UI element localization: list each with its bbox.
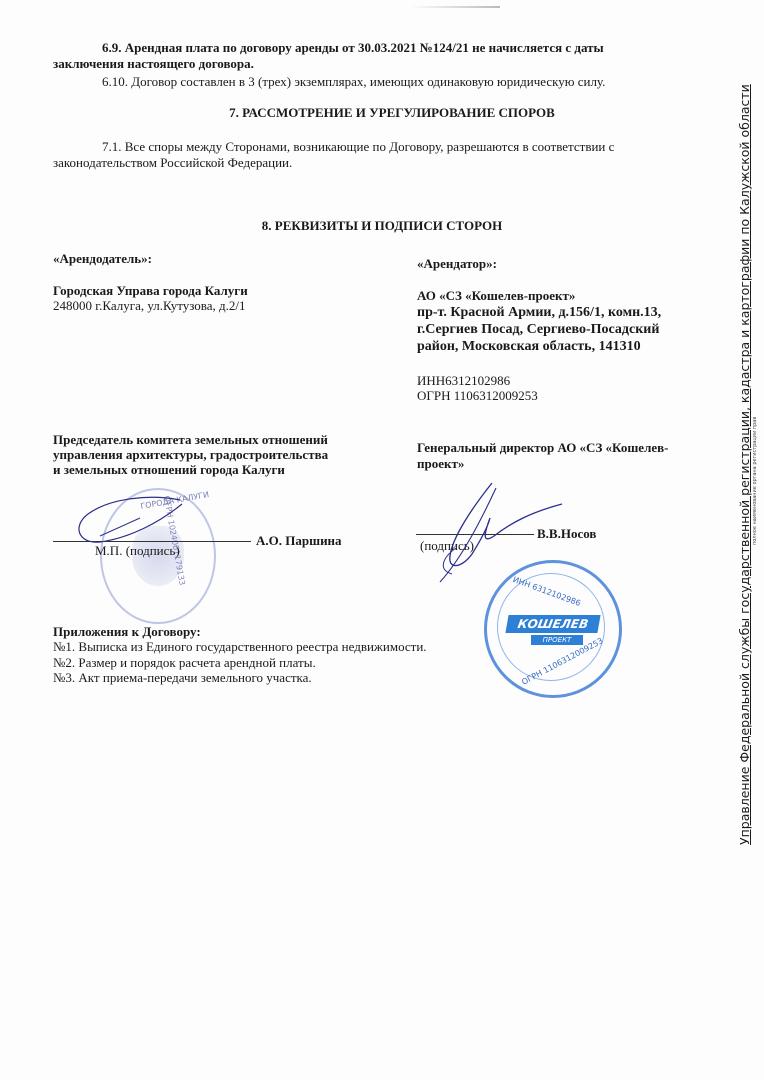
tenant-role: «Арендатор»: <box>417 256 497 271</box>
seal-logo-sub: ПРОЕКТ <box>531 635 583 645</box>
landlord-position-line-3: и земельных отношений города Калуги <box>53 462 285 477</box>
clause-6-10: 6.10. Договор составлен в 3 (трех) экзем… <box>102 74 605 89</box>
seal-inn: ИНН 6312102986 <box>512 575 582 608</box>
landlord-signature-line <box>53 541 251 542</box>
document-page: 6.9. Арендная плата по договору аренды о… <box>0 0 764 1080</box>
clause-6-9-line-1: 6.9. Арендная плата по договору аренды о… <box>102 40 604 55</box>
section-8-heading: 8. РЕКВИЗИТЫ И ПОДПИСИ СТОРОН <box>0 218 764 234</box>
landlord-position-line-2: управления архитектуры, градостроительст… <box>53 447 328 462</box>
tenant-signatory: В.В.Носов <box>537 526 596 541</box>
seal-logo: КОШЕЛЕВ <box>505 615 600 633</box>
tenant-ogrn: ОГРН 1106312009253 <box>417 388 538 403</box>
tenant-address-line-2: г.Сергиев Посад, Сергиево-Посадский <box>417 322 659 338</box>
tenant-address-line-1: пр-т. Красной Армии, д.156/1, комн.13, <box>417 305 661 321</box>
tenant-inn: ИНН6312102986 <box>417 373 510 388</box>
tenant-position-line-2: проект» <box>417 456 464 471</box>
landlord-signatory: А.О. Паршина <box>256 533 342 548</box>
landlord-signature-caption: М.П. (подпись) <box>95 543 180 558</box>
attachment-3: №3. Акт приема-передачи земельного участ… <box>53 670 312 685</box>
seal-ogrn: ОГРН 1106312009253 <box>520 636 604 687</box>
registry-authority-caption: полное наименование органа регистрации п… <box>752 84 759 545</box>
scan-artifact <box>410 6 500 8</box>
attachment-2: №2. Размер и порядок расчета арендной пл… <box>53 655 316 670</box>
landlord-position-line-1: Председатель комитета земельных отношени… <box>53 432 328 447</box>
landlord-address: 248000 г.Калуга, ул.Кутузова, д.2/1 <box>53 298 245 313</box>
seal-text: ГОРОДА КАЛУГИ <box>140 490 210 511</box>
attachment-1: №1. Выписка из Единого государственного … <box>53 639 427 654</box>
landlord-role: «Арендодатель»: <box>53 251 152 266</box>
landlord-name: Городская Управа города Калуги <box>53 283 248 298</box>
tenant-signature-caption: (подпись) <box>420 538 474 553</box>
clause-7-1-line-2: законодательством Российской Федерации. <box>53 155 292 170</box>
tenant-name: АО «СЗ «Кошелев-проект» <box>417 288 575 303</box>
tenant-address-line-3: район, Московская область, 141310 <box>417 339 641 355</box>
clause-6-9-line-2: заключения настоящего договора. <box>53 56 254 71</box>
tenant-company-seal: ИНН 6312102986 КОШЕЛЕВ ПРОЕКТ ОГРН 11063… <box>484 560 622 698</box>
registry-authority-name: Управление Федеральной службы государств… <box>737 84 752 845</box>
clause-7-1-line-1: 7.1. Все споры между Сторонами, возникаю… <box>102 139 614 154</box>
tenant-position-line-1: Генеральный директор АО «СЗ «Кошелев- <box>417 440 669 455</box>
section-7-heading: 7. РАССМОТРЕНИЕ И УРЕГУЛИРОВАНИЕ СПОРОВ <box>10 105 764 121</box>
attachments-title: Приложения к Договору: <box>53 624 201 639</box>
tenant-signature-line <box>416 534 534 535</box>
registry-authority-stamp: Управление Федеральной службы государств… <box>737 84 759 845</box>
